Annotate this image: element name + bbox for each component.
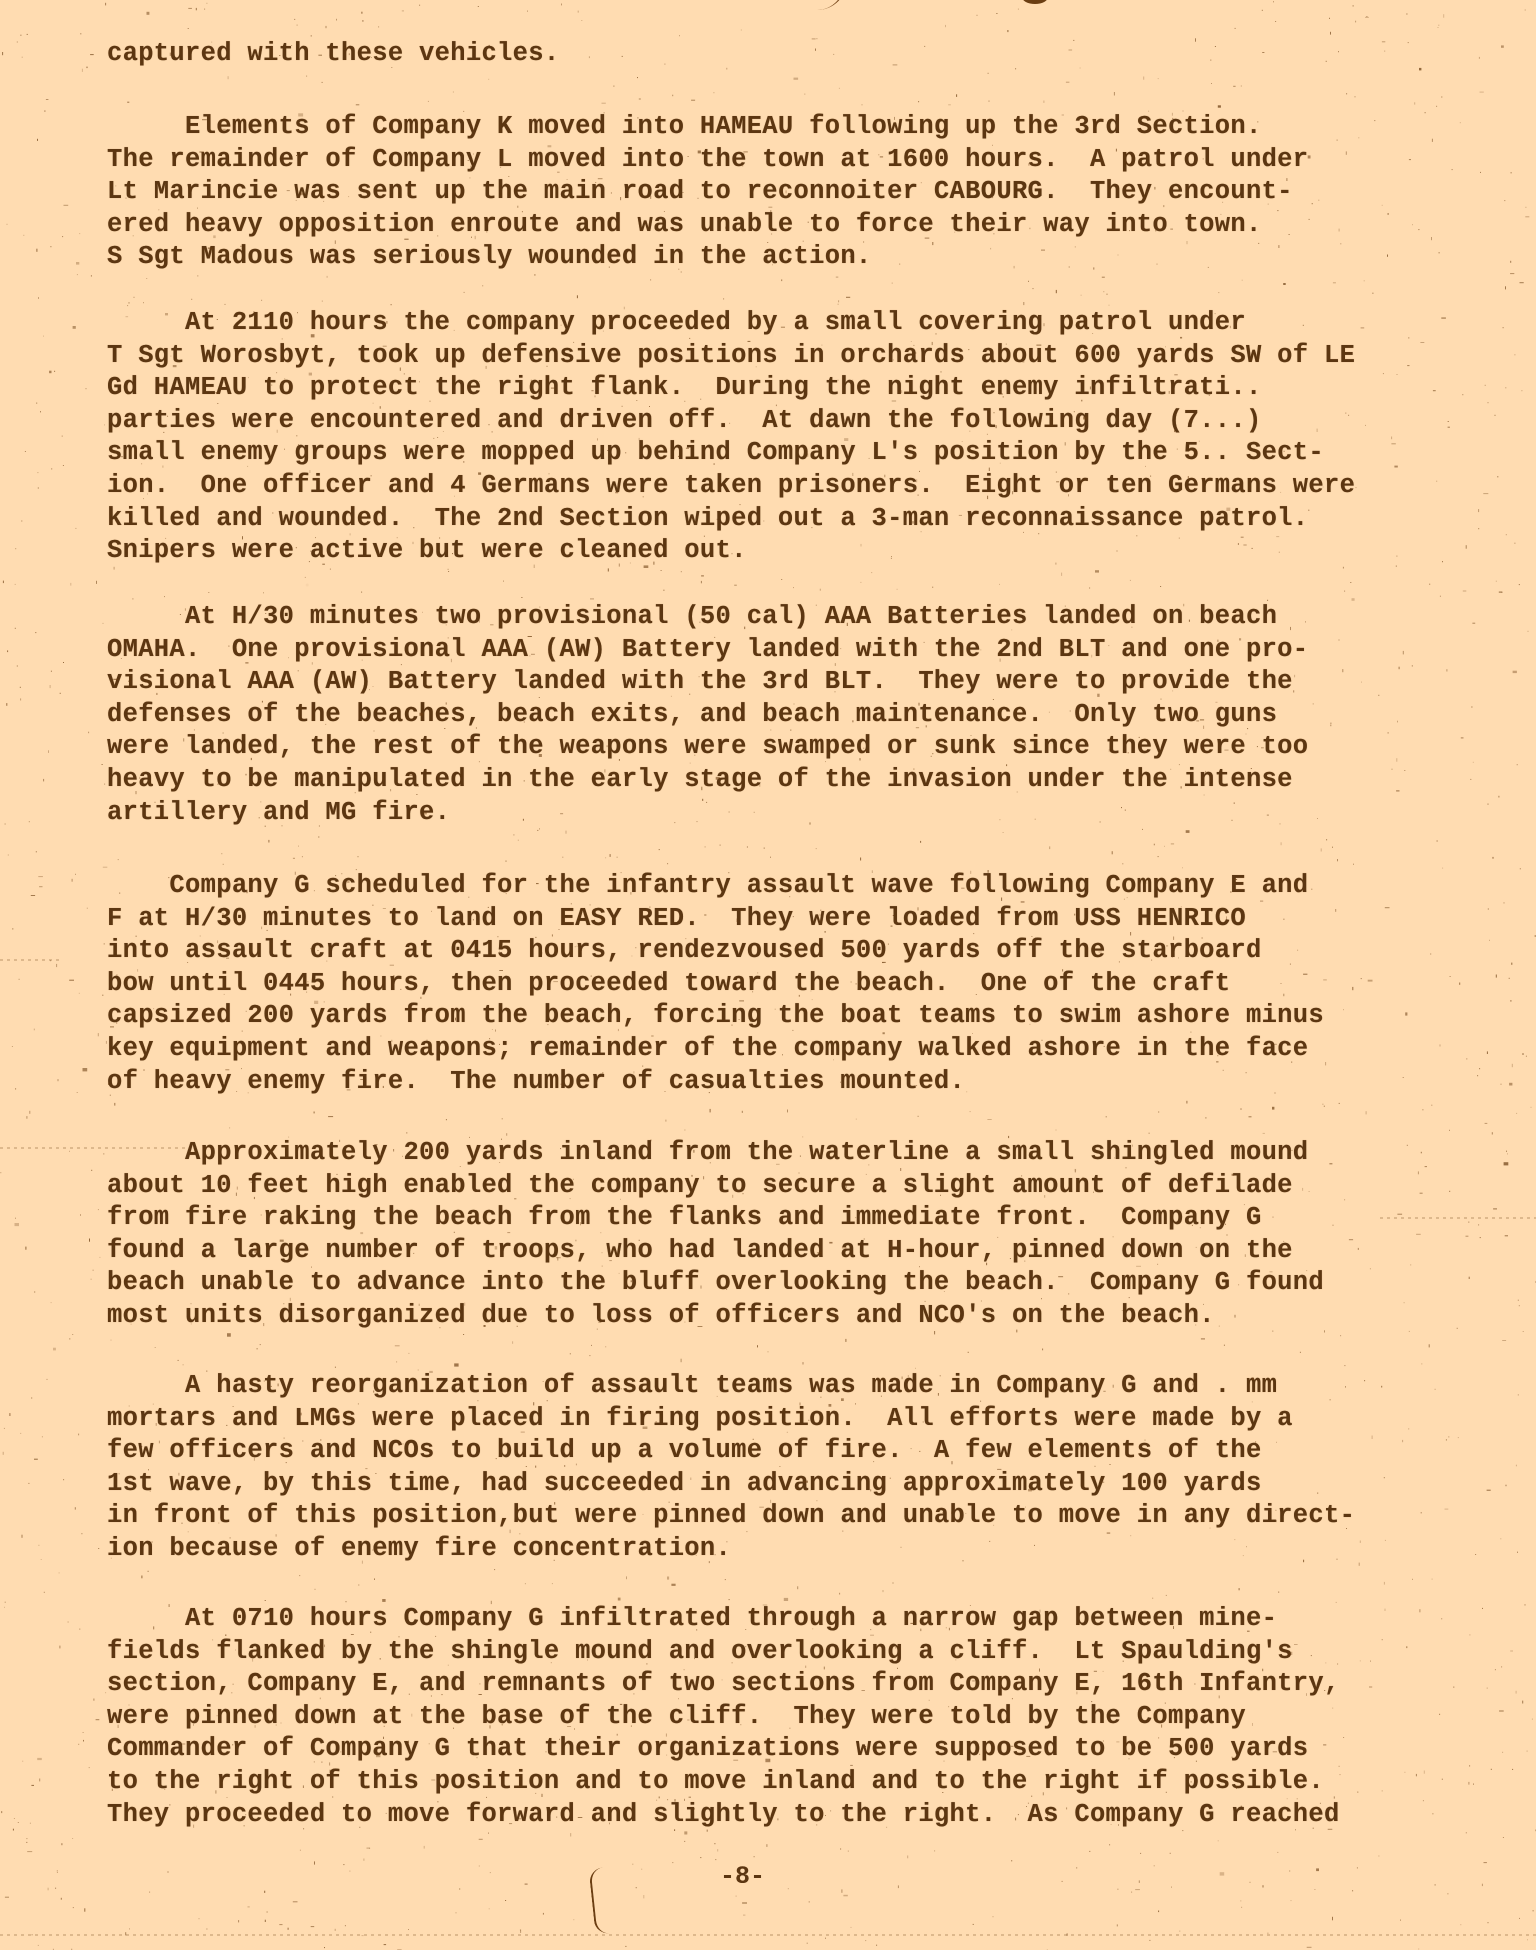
text-line: section, Company E, and remnants of two … — [107, 1668, 1447, 1701]
text-line: ion because of enemy fire concentration. — [107, 1533, 1447, 1566]
text-line: ered heavy opposition enroute and was un… — [107, 209, 1447, 242]
text-line: Approximately 200 yards inland from the … — [107, 1137, 1447, 1170]
text-line: At H/30 minutes two provisional (50 cal)… — [107, 601, 1447, 634]
scan-artifact-arc — [795, 0, 847, 10]
paragraph-shingled-mound: Approximately 200 yards inland from the … — [107, 1137, 1447, 1333]
text-line: captured with these vehicles. — [107, 38, 1447, 71]
text-line: in front of this position,but were pinne… — [107, 1500, 1447, 1533]
text-line: most units disorganized due to loss of o… — [107, 1300, 1447, 1333]
text-line: were pinned down at the base of the clif… — [107, 1701, 1447, 1734]
text-line: fields flanked by the shingle mound and … — [107, 1636, 1447, 1669]
text-line: key equipment and weapons; remainder of … — [107, 1033, 1447, 1066]
ink-blot — [1022, 0, 1048, 4]
text-line: Commander of Company G that their organi… — [107, 1733, 1447, 1766]
handwritten-bracket-mark — [589, 1867, 612, 1934]
text-line: few officers and NCOs to build up a volu… — [107, 1435, 1447, 1468]
paragraph-aaa-batteries: At H/30 minutes two provisional (50 cal)… — [107, 601, 1447, 829]
text-line: The remainder of Company L moved into th… — [107, 144, 1447, 177]
page-number: -8- — [720, 1862, 765, 1891]
text-line: parties were encountered and driven off.… — [107, 405, 1447, 438]
text-line: S Sgt Madous was seriously wounded in th… — [107, 241, 1447, 274]
text-line: They proceeded to move forward and sligh… — [107, 1799, 1447, 1832]
text-line: small enemy groups were mopped up behind… — [107, 437, 1447, 470]
text-line: OMAHA. One provisional AAA (AW) Battery … — [107, 634, 1447, 667]
text-line: capsized 200 yards from the beach, forci… — [107, 1000, 1447, 1033]
paragraph-company-k-hameau: Elements of Company K moved into HAMEAU … — [107, 111, 1447, 274]
text-line: were landed, the rest of the weapons wer… — [107, 731, 1447, 764]
text-line: Lt Marincie was sent up the main road to… — [107, 176, 1447, 209]
text-line: about 10 feet high enabled the company t… — [107, 1170, 1447, 1203]
text-line: heavy to be manipulated in the early sta… — [107, 764, 1447, 797]
text-line: defenses of the beaches, beach exits, an… — [107, 699, 1447, 732]
text-line: Company G scheduled for the infantry ass… — [107, 870, 1447, 903]
text-line: A hasty reorganization of assault teams … — [107, 1370, 1447, 1403]
text-line: F at H/30 minutes to land on EASY RED. T… — [107, 903, 1447, 936]
text-line: Elements of Company K moved into HAMEAU … — [107, 111, 1447, 144]
text-line: ion. One officer and 4 Germans were take… — [107, 470, 1447, 503]
paragraph-2110-hours: At 2110 hours the company proceeded by a… — [107, 307, 1447, 568]
text-line: to the right of this position and to mov… — [107, 1766, 1447, 1799]
paragraph-hasty-reorganization: A hasty reorganization of assault teams … — [107, 1370, 1447, 1566]
text-line: 1st wave, by this time, had succeeded in… — [107, 1468, 1447, 1501]
paragraph-0710-hours: At 0710 hours Company G infiltrated thro… — [107, 1603, 1447, 1831]
text-line: into assault craft at 0415 hours, rendez… — [107, 935, 1447, 968]
text-line: from fire raking the beach from the flan… — [107, 1202, 1447, 1235]
text-line: At 2110 hours the company proceeded by a… — [107, 307, 1447, 340]
document-page: captured with these vehicles. Elements o… — [0, 0, 1536, 1950]
text-line: beach unable to advance into the bluff o… — [107, 1267, 1447, 1300]
text-line: T Sgt Worosbyt, took up defensive positi… — [107, 340, 1447, 373]
text-line: bow until 0445 hours, then proceeded tow… — [107, 968, 1447, 1001]
text-line: found a large number of troops, who had … — [107, 1235, 1447, 1268]
text-line: At 0710 hours Company G infiltrated thro… — [107, 1603, 1447, 1636]
paragraph-continuation: captured with these vehicles. — [107, 38, 1447, 71]
text-line: visional AAA (AW) Battery landed with th… — [107, 666, 1447, 699]
text-line: mortars and LMGs were placed in firing p… — [107, 1403, 1447, 1436]
text-line: of heavy enemy fire. The number of casua… — [107, 1066, 1447, 1099]
paragraph-company-g-assault: Company G scheduled for the infantry ass… — [107, 870, 1447, 1098]
text-line: Snipers were active but were cleaned out… — [107, 535, 1447, 568]
text-line: killed and wounded. The 2nd Section wipe… — [107, 503, 1447, 536]
text-line: artillery and MG fire. — [107, 797, 1447, 830]
text-line: Gd HAMEAU to protect the right flank. Du… — [107, 372, 1447, 405]
